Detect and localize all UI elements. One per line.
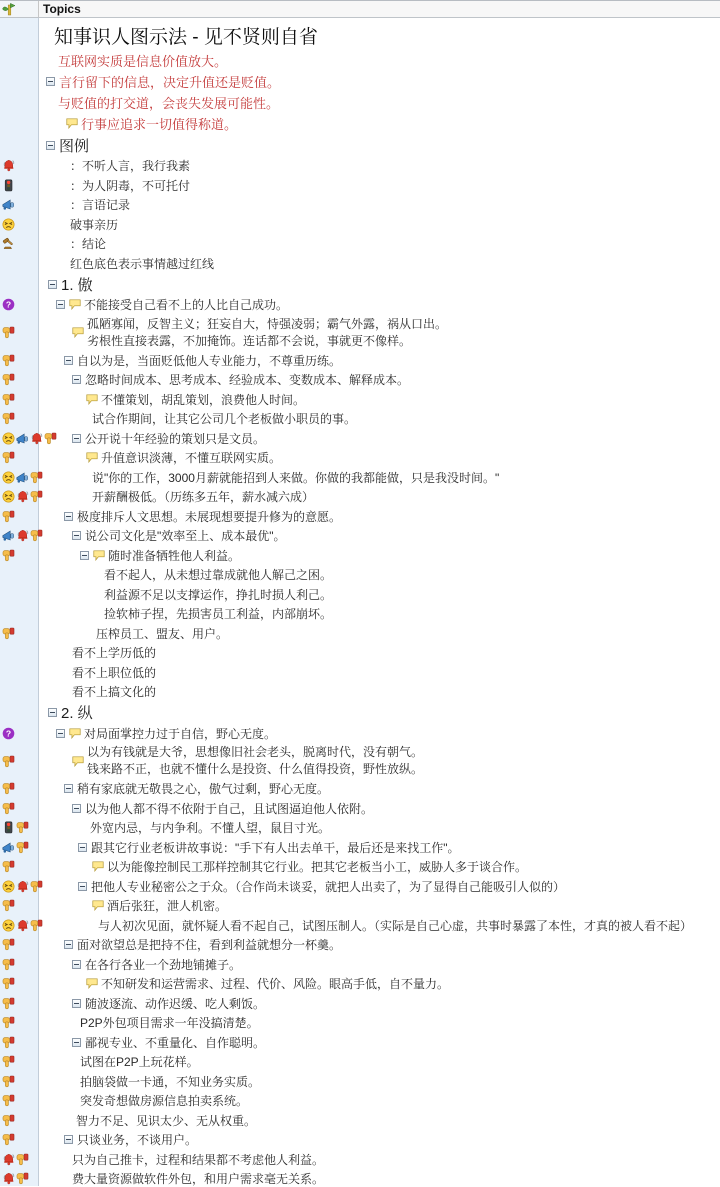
row-flags [2,841,29,854]
outline-panel: 知事识人图示法 - 见不贤则自省 互联网实质是信息价值放大。 言行留下的信息，决… [0,18,720,1186]
alarm-bell-icon [2,1153,15,1166]
outline-row[interactable]: 升值意识淡薄，不懂互联网实质。 [0,448,720,468]
row-text: 破事亲历 [70,216,118,233]
row-text: 不知研发和运营需求、过程、代价、风险。眼高手低，自不量力。 [101,975,449,992]
row-flags [2,727,15,740]
outline-row[interactable]: 利益源不足以支撑运作，挣扎时损人利己。 [0,585,720,605]
row-flags [2,1036,15,1049]
collapse-toggle[interactable] [64,1135,73,1144]
alarm-bell-icon [30,432,43,445]
megaphone-icon [16,432,29,445]
row-text: 2. 纵 [61,702,93,723]
row-flags [2,218,15,231]
row-text: 随时准备牺牲他人利益。 [108,547,240,564]
megaphone-icon [2,841,15,854]
thumbs-down-icon [2,860,15,873]
thumbs-down-icon [2,1075,15,1088]
row-text: 在各行各业一个劲地铺摊子。 [85,956,241,973]
collapse-toggle[interactable] [48,280,57,289]
row-flags [2,354,15,367]
collapse-toggle[interactable] [78,843,87,852]
row-flags [2,1114,15,1127]
row-text: ：不听人言，我行我素 [70,157,190,174]
outline-row[interactable]: 以为他人都不得不依附于自己，且试图逼迫他人依附。 [0,799,720,819]
row-flags [2,1055,15,1068]
row-flags [2,237,15,250]
thumbs-down-icon [2,802,15,815]
row-flags [2,1133,15,1146]
note-balloon-icon [86,978,98,989]
row-text: 互联网实质是信息价值放大。 [58,51,227,70]
outline-row[interactable]: ：言语记录 [0,195,720,215]
thumbs-down-icon [2,393,15,406]
outline-row[interactable]: 看不上搞文化的 [0,682,720,702]
row-flags [2,432,57,445]
row-text: 试合作期间，让其它公司几个老板做小职员的事。 [92,410,356,427]
angry-face-icon [2,471,15,484]
row-text: 利益源不足以支撑运作，挣扎时损人利己。 [104,586,332,603]
angry-face-icon [2,880,15,893]
traffic-light-icon [2,821,15,834]
collapse-toggle[interactable] [46,141,55,150]
collapse-toggle[interactable] [64,356,73,365]
thumbs-down-icon [30,529,43,542]
row-flags [2,393,15,406]
collapse-toggle[interactable] [72,375,81,384]
collapse-toggle[interactable] [72,999,81,1008]
row-flags [2,412,15,425]
collapse-toggle[interactable] [72,434,81,443]
thumbs-down-icon [2,782,15,795]
collapse-toggle[interactable] [72,1038,81,1047]
outline-row[interactable]: 开薪酬极低。（历练多五年，薪水减六成） [0,487,720,507]
outline-row[interactable]: 极度排斥人文思想。未展现想要提升修为的意愿。 [0,507,720,527]
alarm-bell-icon [16,880,29,893]
question-icon [2,298,15,311]
outline-row[interactable]: 鄙视专业、不重量化、自作聪明。 [0,1033,720,1053]
row-text: 行事应追求一切值得称道。 [81,114,237,133]
tree-app-icon [2,2,16,17]
row-flags [2,373,15,386]
outline-row[interactable]: 随时准备牺牲他人利益。 [0,546,720,566]
outline-row[interactable]: 突发奇想做房源信息拍卖系统。 [0,1091,720,1111]
thumbs-down-icon [2,755,15,768]
outline-row[interactable]: 酒后张狂，泄人机密。 [0,896,720,916]
outline-row[interactable]: 行事应追求一切值得称道。 [0,113,720,134]
angry-face-icon [2,919,15,932]
outline-row[interactable]: 看不上学历低的 [0,643,720,663]
outline-row[interactable]: 不能接受自己看不上的人比自己成功。 [0,295,720,315]
thumbs-down-icon [2,549,15,562]
thumbs-down-icon [30,490,43,503]
column-header-topics: Topics [43,2,81,16]
collapse-toggle[interactable] [64,940,73,949]
row-flags [2,1016,15,1029]
thumbs-down-icon [16,1172,29,1185]
thumbs-down-icon [2,1016,15,1029]
outline-row[interactable]: 不懂策划，胡乱策划，浪费他人时间。 [0,390,720,410]
row-text: 外宽内忌，与内争利。不懂人望，鼠目寸光。 [90,819,330,836]
row-flags [2,627,15,640]
thumbs-down-icon [2,326,15,339]
outline-row[interactable]: 压榨员工、盟友、用户。 [0,624,720,644]
outline-row[interactable]: 面对欲望总是把持不住，看到利益就想分一杯羹。 [0,935,720,955]
thumbs-down-icon [2,997,15,1010]
note-balloon-icon [86,394,98,405]
outline-row[interactable]: 拍脑袋做一卡通，不知业务实质。 [0,1072,720,1092]
outline-row[interactable]: 试合作期间，让其它公司几个老板做小职员的事。 [0,409,720,429]
row-flags [2,782,15,795]
outline-row[interactable]: 外宽内忌，与内争利。不懂人望，鼠目寸光。 [0,818,720,838]
outline-row[interactable]: 只为自己推卡，过程和结果都不考虑他人利益。 [0,1150,720,1170]
collapse-toggle[interactable] [72,804,81,813]
row-text: 酒后张狂，泄人机密。 [107,897,227,914]
thumbs-down-icon [30,919,43,932]
row-text: 跟其它行业老板讲故事说："手下有人出去单干，最后还是来找工作"。 [91,839,460,856]
outline-row[interactable]: ：为人阴毒，不可托付 [0,176,720,196]
row-flags [2,451,15,464]
row-text: 说公司文化是"效率至上、成本最优"。 [85,527,286,544]
row-flags [2,899,15,912]
row-text: 突发奇想做房源信息拍卖系统。 [80,1092,248,1109]
row-flags [2,179,15,192]
header-bar: Topics [0,0,720,18]
row-text: ：为人阴毒，不可托付 [70,177,190,194]
thumbs-down-icon [2,1094,15,1107]
outline-row[interactable]: 忽略时间成本、思考成本、经验成本、变数成本、解释成本。 [0,370,720,390]
row-text: 拍脑袋做一卡通，不知业务实质。 [80,1073,260,1090]
thumbs-down-icon [16,821,29,834]
row-text: 升值意识淡薄，不懂互联网实质。 [101,449,281,466]
row-text: 稍有家底就无敬畏之心，傲气过剩，野心无度。 [77,780,329,797]
row-text: 试图在P2P上玩花样。 [80,1053,199,1070]
outline-row[interactable]: 费大量资源做软件外包，和用户需求毫无关系。 [0,1169,720,1187]
row-flags [2,802,15,815]
thumbs-down-icon [2,627,15,640]
row-flags [2,958,15,971]
collapse-toggle[interactable] [78,882,87,891]
thumbs-down-icon [2,1133,15,1146]
outline-row[interactable]: 随波逐流、动作迟缓、吃人剩饭。 [0,994,720,1014]
collapse-toggle[interactable] [56,729,65,738]
question-icon [2,727,15,740]
row-text: 言行留下的信息，决定升值还是贬值。 [59,72,280,91]
row-text: 说"你的工作，3000月薪就能招到人来做。你做的我都能做，只是我没时间。" [92,469,499,486]
thumbs-down-icon [2,938,15,951]
outline-row[interactable]: 跟其它行业老板讲故事说："手下有人出去单干，最后还是来找工作"。 [0,838,720,858]
row-text: 看不上职位低的 [72,664,156,681]
row-text: 对局面掌控力过于自信，野心无度。 [84,725,276,742]
outline-row[interactable]: 说"你的工作，3000月薪就能招到人来做。你做的我都能做，只是我没时间。" [0,468,720,488]
row-flags [2,1075,15,1088]
row-text: 费大量资源做软件外包，和用户需求毫无关系。 [72,1170,324,1187]
collapse-toggle[interactable] [64,512,73,521]
row-flags [2,880,43,893]
alarm-bell-icon [2,1172,15,1185]
row-text: 压榨员工、盟友、用户。 [96,625,228,642]
collapse-toggle[interactable] [64,784,73,793]
outline-row[interactable]: 试图在P2P上玩花样。 [0,1052,720,1072]
thumbs-down-icon [2,412,15,425]
outline-row[interactable]: 在各行各业一个劲地铺摊子。 [0,955,720,975]
thumbs-down-icon [2,373,15,386]
outline-row[interactable]: 以为有钱就是大爷，思想像旧社会老头，脱离时代，没有朝气。钱来路不正，也就不懂什么… [0,743,720,779]
outline-row[interactable]: 言行留下的信息，决定升值还是贬值。 [0,71,720,92]
row-flags [2,198,15,211]
row-text: 红色底色表示事情越过红线 [70,255,214,272]
row-flags [2,821,29,834]
row-text: 不能接受自己看不上的人比自己成功。 [84,296,288,313]
row-flags [2,919,43,932]
row-text: 以为能像控制民工那样控制其它行业。把其它老板当小工，威胁人多于谈合作。 [107,858,527,875]
collapse-toggle[interactable] [46,77,55,86]
row-flags [2,997,15,1010]
row-text: 公开说十年经验的策划只是文员。 [85,430,265,447]
row-text: 看不上搞文化的 [72,683,156,700]
thumbs-down-icon [2,1114,15,1127]
row-text: 与人初次见面，就怀疑人看不起自己，试图压制人。（实际是自己心虚，共事时暴露了本性… [98,917,692,934]
row-text: 看不起人，从未想过靠成就他人解己之困。 [104,566,332,583]
gavel-icon [2,237,15,250]
note-balloon-icon [69,728,81,739]
row-flags [2,938,15,951]
alarm-bell-icon [2,159,15,172]
thumbs-down-icon [30,471,43,484]
row-flags [2,549,15,562]
alarm-bell-icon [16,490,29,503]
row-text: 只为自己推卡，过程和结果都不考虑他人利益。 [72,1151,324,1168]
note-balloon-icon [72,756,84,767]
row-text: 极度排斥人文思想。未展现想要提升修为的意愿。 [77,508,341,525]
angry-face-icon [2,218,15,231]
outline-row[interactable]: ：不听人言，我行我素 [0,156,720,176]
outline-row[interactable]: 互联网实质是信息价值放大。 [0,50,720,71]
collapse-toggle[interactable] [56,300,65,309]
outline-row[interactable]: P2P外包项目需求一年没搞清楚。 [0,1013,720,1033]
row-text: 捡软柿子捏，先损害员工利益，内部崩坏。 [104,605,332,622]
outline-row[interactable]: 捡软柿子捏，先损害员工利益，内部崩坏。 [0,604,720,624]
row-text: 以为他人都不得不依附于自己，且试图逼迫他人依附。 [85,800,373,817]
note-balloon-icon [66,118,78,129]
outline-row[interactable]: 孤陋寡闻，反智主义；狂妄自大，恃强凌弱；霸气外露，祸从口出。劣根性直接表露，不加… [0,315,720,351]
row-text: 孤陋寡闻，反智主义；狂妄自大，恃强凌弱；霸气外露，祸从口出。劣根性直接表露，不加… [87,316,447,350]
note-balloon-icon [93,550,105,561]
angry-face-icon [2,432,15,445]
outline-row[interactable]: 看不上职位低的 [0,663,720,683]
row-flags [2,1094,15,1107]
thumbs-down-icon [44,432,57,445]
row-text: 面对欲望总是把持不住，看到利益就想分一杯羹。 [77,936,341,953]
row-text: 随波逐流、动作迟缓、吃人剩饭。 [85,995,265,1012]
outline-row[interactable]: 1. 傲 [0,273,720,295]
row-text: 智力不足、见识太少、无从权重。 [76,1112,256,1129]
outline-row[interactable]: 以为能像控制民工那样控制其它行业。把其它老板当小工，威胁人多于谈合作。 [0,857,720,877]
thumbs-down-icon [2,958,15,971]
collapse-toggle[interactable] [72,531,81,540]
outline-row[interactable]: 知事识人图示法 - 见不贤则自省 [0,20,720,50]
outline-row[interactable]: 把他人专业秘密公之于众。（合作尚未谈妥，就把人出卖了，为了显得自己能吸引人似的） [0,877,720,897]
thumbs-down-icon [2,451,15,464]
row-text: P2P外包项目需求一年没搞清楚。 [80,1014,259,1031]
thumbs-down-icon [2,1055,15,1068]
outline-row[interactable]: 对局面掌控力过于自信，野心无度。 [0,724,720,744]
outline-row[interactable]: 说公司文化是"效率至上、成本最优"。 [0,526,720,546]
note-balloon-icon [92,861,104,872]
collapse-toggle[interactable] [80,551,89,560]
row-text: ：结论 [70,235,106,252]
outline-row[interactable]: ：结论 [0,234,720,254]
thumbs-down-icon [2,899,15,912]
note-balloon-icon [69,299,81,310]
note-balloon-icon [92,900,104,911]
row-flags [2,298,15,311]
outline-row[interactable]: 图例 [0,134,720,156]
thumbs-down-icon [2,354,15,367]
row-text: 以为有钱就是大爷，思想像旧社会老头，脱离时代，没有朝气。钱来路不正，也就不懂什么… [87,744,423,778]
outline-row[interactable]: 公开说十年经验的策划只是文员。 [0,429,720,449]
thumbs-down-icon [16,1153,29,1166]
row-flags [2,471,43,484]
row-text: 与贬值的打交道，会丧失发展可能性。 [58,93,279,112]
outline-row[interactable]: 破事亲历 [0,215,720,235]
note-balloon-icon [72,327,84,338]
thumbs-down-icon [2,977,15,990]
row-flags [2,860,15,873]
row-flags [2,490,43,503]
row-text: 自以为是，当面贬低他人专业能力，不尊重历练。 [77,352,341,369]
alarm-bell-icon [16,919,29,932]
outline-row[interactable]: 稍有家底就无敬畏之心，傲气过剩，野心无度。 [0,779,720,799]
row-flags [2,755,15,768]
row-flags [2,1153,29,1166]
megaphone-icon [2,198,15,211]
angry-face-icon [2,490,15,503]
row-text: 不懂策划，胡乱策划，浪费他人时间。 [101,391,305,408]
row-flags [2,159,15,172]
row-text: 只谈业务，不谈用户。 [77,1131,197,1148]
outline-row[interactable]: 与贬值的打交道，会丧失发展可能性。 [0,92,720,113]
row-text: 知事识人图示法 - 见不贤则自省 [54,22,318,49]
row-text: 把他人专业秘密公之于众。（合作尚未谈妥，就把人出卖了，为了显得自己能吸引人似的） [91,878,565,895]
row-text: 开薪酬极低。（历练多五年，薪水减六成） [92,488,314,505]
row-flags [2,977,15,990]
note-balloon-icon [86,452,98,463]
outline-row[interactable]: 看不起人，从未想过靠成就他人解己之困。 [0,565,720,585]
outline-row[interactable]: 2. 纵 [0,702,720,724]
outline-row[interactable]: 智力不足、见识太少、无从权重。 [0,1111,720,1131]
outline-row[interactable]: 不知研发和运营需求、过程、代价、风险。眼高手低，自不量力。 [0,974,720,994]
thumbs-down-icon [30,880,43,893]
megaphone-icon [16,471,29,484]
traffic-light-icon [2,179,15,192]
row-text: 忽略时间成本、思考成本、经验成本、变数成本、解释成本。 [85,371,409,388]
row-text: 看不上学历低的 [72,644,156,661]
thumbs-down-icon [2,510,15,523]
outline-row[interactable]: 自以为是，当面贬低他人专业能力，不尊重历练。 [0,351,720,371]
megaphone-icon [2,529,15,542]
row-text: 图例 [59,135,89,156]
row-flags [2,529,43,542]
row-text: 鄙视专业、不重量化、自作聪明。 [85,1034,265,1051]
row-text: ：言语记录 [70,196,130,213]
collapse-toggle[interactable] [72,960,81,969]
row-text: 1. 傲 [61,274,93,295]
row-flags [2,326,15,339]
outline-row[interactable]: 红色底色表示事情越过红线 [0,254,720,274]
outline-row[interactable]: 只谈业务，不谈用户。 [0,1130,720,1150]
row-flags [2,1172,29,1185]
alarm-bell-icon [16,529,29,542]
collapse-toggle[interactable] [48,708,57,717]
outline-row[interactable]: 与人初次见面，就怀疑人看不起自己，试图压制人。（实际是自己心虚，共事时暴露了本性… [0,916,720,936]
thumbs-down-icon [16,841,29,854]
row-flags [2,510,15,523]
thumbs-down-icon [2,1036,15,1049]
